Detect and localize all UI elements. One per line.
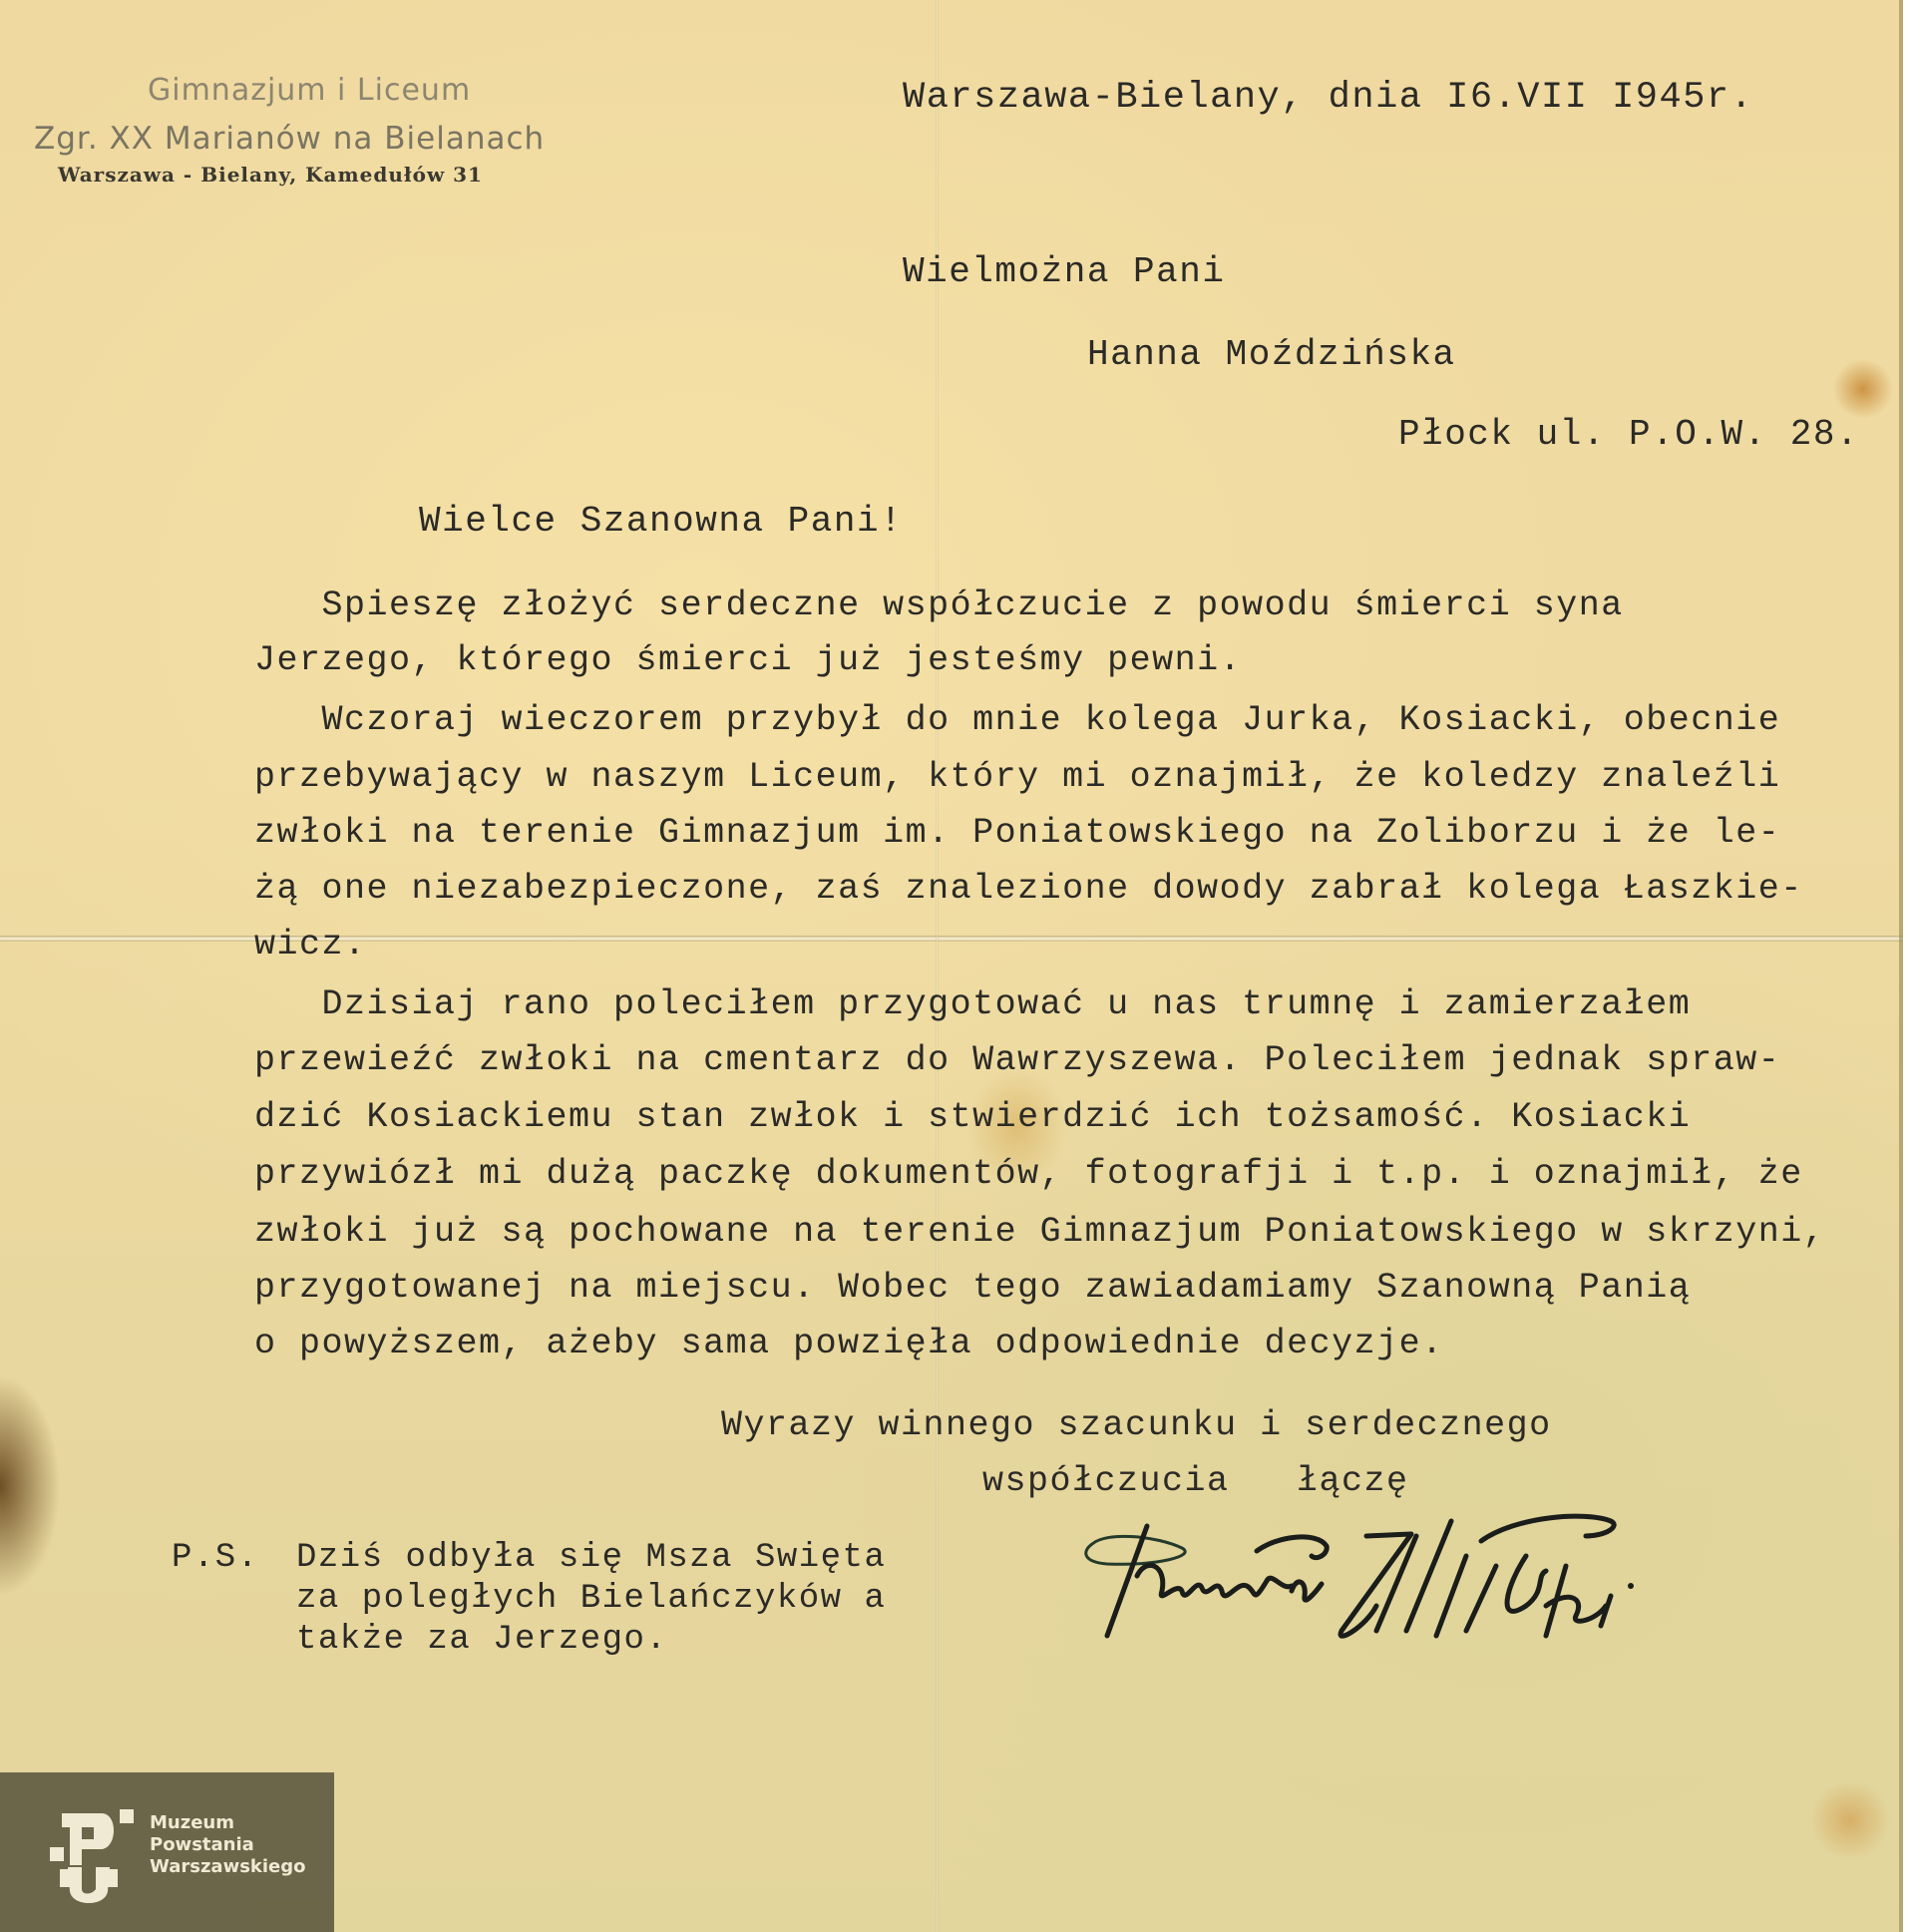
body-line: dzić Kosiackiemu stan zwłok i stwierdzić… [254,1100,1691,1135]
body-line: żą one niezabezpieczone, zaś znalezione … [254,872,1803,907]
body-line: zwłoki na terenie Gimnazjum im. Poniatow… [254,816,1780,851]
body-line: przebywający w naszym Liceum, który mi o… [254,760,1780,795]
date-line: Warszawa-Bielany, dnia I6.VII I945r. [903,80,1753,117]
stamp-line-2: Zgr. XX Marianów na Bielanach [34,124,545,155]
body-line: przywiózł mi dużą paczkę dokumentów, fot… [254,1157,1803,1192]
body-line: wicz. [254,928,367,963]
greeting: Wielce Szanowna Pani! [419,504,903,540]
paper-edge [1899,0,1903,1932]
ps-line: za poległych Bielańczyków a [296,1582,886,1616]
museum-watermark: Muzeum Powstania Warszawskiego [0,1772,334,1932]
kotwica-anchor-icon [40,1807,140,1907]
body-line: zwłoki już są pochowane na terenie Gimna… [254,1215,1825,1250]
recipient-address: Płock ul. P.O.W. 28. [1398,417,1859,453]
body-line: przygotowanej na miejscu. Wobec tego zaw… [254,1271,1691,1306]
ps-line: także za Jerzego. [296,1623,667,1657]
recipient-title: Wielmożna Pani [903,254,1225,290]
recipient-name: Hanna Moździńska [1087,337,1456,373]
watermark-line-3: Warszawskiego [150,1856,306,1878]
watermark-line-1: Muzeum [150,1812,234,1834]
closing-line-2: współczucia łączę [982,1464,1409,1499]
body-line: przewieźć zwłoki na cmentarz do Wawrzysz… [254,1043,1780,1078]
body-line: o powyższem, ażeby sama powzięła odpowie… [254,1327,1444,1361]
watermark-line-2: Powstania [150,1834,254,1856]
signature-icon [1067,1496,1706,1646]
body-line: Jerzego, którego śmierci już jesteśmy pe… [254,643,1242,678]
handwritten-signature [1067,1496,1706,1646]
body-line: Dzisiaj rano poleciłem przygotować u nas… [254,987,1691,1022]
closing-line-1: Wyrazy winnego szacunku i serdecznego [721,1408,1552,1443]
ps-line: Dziś odbyła się Msza Swięta [296,1541,886,1575]
ps-label: P.S. [172,1541,259,1575]
stamp-line-3: Warszawa - Bielany, Kamedułów 31 [58,165,483,185]
stamp-line-1: Gimnazjum i Liceum [148,76,471,106]
body-line: Spieszę złożyć serdeczne współczucie z p… [254,588,1624,623]
body-line: Wczoraj wieczorem przybył do mnie kolega… [254,703,1780,738]
